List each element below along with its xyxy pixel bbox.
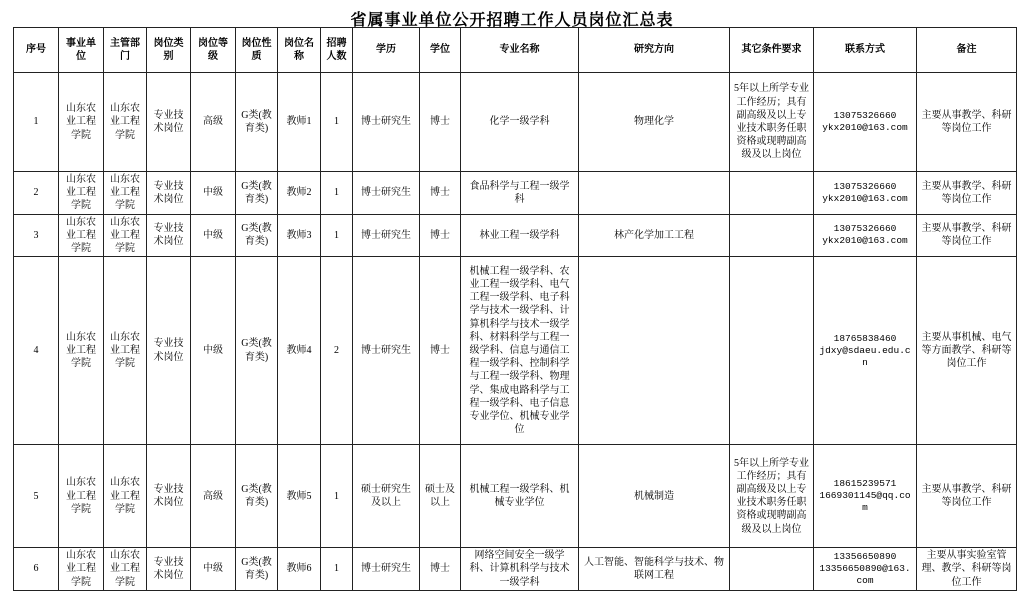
col-header-degree: 学位 [420,28,461,73]
cell-level: 高级 [191,73,236,172]
cell-degree: 博士 [420,73,461,172]
col-header-level: 岗位等级 [191,28,236,73]
cell-count: 1 [321,548,353,591]
cell-education: 硕士研究生及以上 [353,445,420,548]
cell-nature: G类(教育类) [236,73,278,172]
cell-contact: 18765838460jdxy@sdaeu.edu.cn [814,257,917,445]
cell-unit: 山东农业工程学院 [59,257,104,445]
cell-category: 专业技术岗位 [147,257,191,445]
cell-education: 博士研究生 [353,257,420,445]
cell-seq: 5 [14,445,59,548]
cell-degree: 博士 [420,214,461,257]
cell-category: 专业技术岗位 [147,445,191,548]
col-header-unit: 事业单位 [59,28,104,73]
cell-direction: 林产化学加工工程 [579,214,730,257]
contact-phone: 18765838460 [818,333,912,345]
cell-post: 教师2 [278,172,321,215]
cell-level: 中级 [191,214,236,257]
cell-nature: G类(教育类) [236,257,278,445]
cell-count: 1 [321,445,353,548]
col-header-contact: 联系方式 [814,28,917,73]
cell-post: 教师5 [278,445,321,548]
cell-post: 教师1 [278,73,321,172]
cell-contact: 13075326660ykx2010@163.com [814,172,917,215]
cell-dept: 山东农业工程学院 [104,73,147,172]
cell-level: 高级 [191,445,236,548]
contact-email: ykx2010@163.com [818,193,912,205]
cell-direction [579,257,730,445]
cell-unit: 山东农业工程学院 [59,172,104,215]
contact-email: ykx2010@163.com [818,235,912,247]
contact-email: jdxy@sdaeu.edu.cn [818,345,912,369]
cell-major: 林业工程一级学科 [461,214,579,257]
contact-email: 1669301145@qq.com [818,490,912,514]
col-header-education: 学历 [353,28,420,73]
cell-dept: 山东农业工程学院 [104,548,147,591]
cell-note: 主要从事机械、电气等方面教学、科研等岗位工作 [917,257,1017,445]
cell-seq: 1 [14,73,59,172]
cell-contact: 186152395711669301145@qq.com [814,445,917,548]
cell-seq: 3 [14,214,59,257]
col-header-seq: 序号 [14,28,59,73]
col-header-direction: 研究方向 [579,28,730,73]
cell-note: 主要从事教学、科研等岗位工作 [917,172,1017,215]
cell-degree: 博士 [420,172,461,215]
cell-dept: 山东农业工程学院 [104,445,147,548]
cell-contact: 1335665089013356650890@163.com [814,548,917,591]
cell-dept: 山东农业工程学院 [104,214,147,257]
cell-degree: 博士 [420,548,461,591]
cell-other [730,548,814,591]
cell-other [730,172,814,215]
cell-contact: 13075326660ykx2010@163.com [814,73,917,172]
contact-email: ykx2010@163.com [818,122,912,134]
contact-phone: 13075326660 [818,181,912,193]
cell-major: 机械工程一级学科、农业工程一级学科、电气工程一级学科、电子科学与技术一级学科、计… [461,257,579,445]
cell-major: 机械工程一级学科、机械专业学位 [461,445,579,548]
cell-direction: 人工智能、智能科学与技术、物联网工程 [579,548,730,591]
table-body: 1山东农业工程学院山东农业工程学院专业技术岗位高级G类(教育类)教师11博士研究… [14,73,1017,591]
cell-post: 教师4 [278,257,321,445]
contact-email: 13356650890@163.com [818,563,912,587]
cell-seq: 2 [14,172,59,215]
cell-note: 主要从事教学、科研等岗位工作 [917,214,1017,257]
cell-level: 中级 [191,548,236,591]
cell-other [730,214,814,257]
cell-unit: 山东农业工程学院 [59,548,104,591]
cell-education: 博士研究生 [353,172,420,215]
page-title: 省属事业单位公开招聘工作人员岗位汇总表 [0,0,1024,27]
col-header-nature: 岗位性质 [236,28,278,73]
col-header-dept: 主管部门 [104,28,147,73]
cell-note: 主要从事实验室管理、教学、科研等岗位工作 [917,548,1017,591]
cell-direction [579,172,730,215]
cell-major: 化学一级学科 [461,73,579,172]
cell-education: 博士研究生 [353,214,420,257]
cell-dept: 山东农业工程学院 [104,172,147,215]
cell-nature: G类(教育类) [236,548,278,591]
cell-direction: 机械制造 [579,445,730,548]
cell-count: 1 [321,73,353,172]
table-row: 1山东农业工程学院山东农业工程学院专业技术岗位高级G类(教育类)教师11博士研究… [14,73,1017,172]
cell-note: 主要从事教学、科研等岗位工作 [917,73,1017,172]
cell-note: 主要从事教学、科研等岗位工作 [917,445,1017,548]
cell-category: 专业技术岗位 [147,214,191,257]
col-header-other: 其它条件要求 [730,28,814,73]
table-row: 5山东农业工程学院山东农业工程学院专业技术岗位高级G类(教育类)教师51硕士研究… [14,445,1017,548]
cell-seq: 4 [14,257,59,445]
table-row: 3山东农业工程学院山东农业工程学院专业技术岗位中级G类(教育类)教师31博士研究… [14,214,1017,257]
cell-nature: G类(教育类) [236,214,278,257]
cell-category: 专业技术岗位 [147,73,191,172]
cell-degree: 博士 [420,257,461,445]
cell-major: 食品科学与工程一级学科 [461,172,579,215]
cell-post: 教师3 [278,214,321,257]
cell-category: 专业技术岗位 [147,548,191,591]
recruitment-table: 序号事业单位主管部门岗位类别岗位等级岗位性质岗位名称招聘人数学历学位专业名称研究… [13,27,1017,591]
cell-other [730,257,814,445]
cell-count: 2 [321,257,353,445]
cell-count: 1 [321,214,353,257]
cell-seq: 6 [14,548,59,591]
cell-nature: G类(教育类) [236,172,278,215]
cell-major: 网络空间安全一级学科、计算机科学与技术一级学科 [461,548,579,591]
cell-contact: 13075326660ykx2010@163.com [814,214,917,257]
contact-phone: 13356650890 [818,551,912,563]
col-header-category: 岗位类别 [147,28,191,73]
cell-education: 博士研究生 [353,548,420,591]
contact-phone: 13075326660 [818,223,912,235]
cell-unit: 山东农业工程学院 [59,445,104,548]
cell-direction: 物理化学 [579,73,730,172]
table-row: 6山东农业工程学院山东农业工程学院专业技术岗位中级G类(教育类)教师61博士研究… [14,548,1017,591]
cell-degree: 硕士及以上 [420,445,461,548]
cell-category: 专业技术岗位 [147,172,191,215]
cell-unit: 山东农业工程学院 [59,214,104,257]
table-row: 4山东农业工程学院山东农业工程学院专业技术岗位中级G类(教育类)教师42博士研究… [14,257,1017,445]
cell-level: 中级 [191,172,236,215]
col-header-note: 备注 [917,28,1017,73]
cell-nature: G类(教育类) [236,445,278,548]
cell-dept: 山东农业工程学院 [104,257,147,445]
contact-phone: 13075326660 [818,110,912,122]
col-header-post: 岗位名称 [278,28,321,73]
cell-other: 5年以上所学专业工作经历；具有副高级及以上专业技术职务任职资格或现聘副高级及以上… [730,73,814,172]
cell-count: 1 [321,172,353,215]
cell-post: 教师6 [278,548,321,591]
cell-unit: 山东农业工程学院 [59,73,104,172]
table-row: 2山东农业工程学院山东农业工程学院专业技术岗位中级G类(教育类)教师21博士研究… [14,172,1017,215]
header-row: 序号事业单位主管部门岗位类别岗位等级岗位性质岗位名称招聘人数学历学位专业名称研究… [14,28,1017,73]
cell-education: 博士研究生 [353,73,420,172]
cell-other: 5年以上所学专业工作经历；具有副高级及以上专业技术职务任职资格或现聘副高级及以上… [730,445,814,548]
contact-phone: 18615239571 [818,478,912,490]
cell-level: 中级 [191,257,236,445]
col-header-count: 招聘人数 [321,28,353,73]
col-header-major: 专业名称 [461,28,579,73]
